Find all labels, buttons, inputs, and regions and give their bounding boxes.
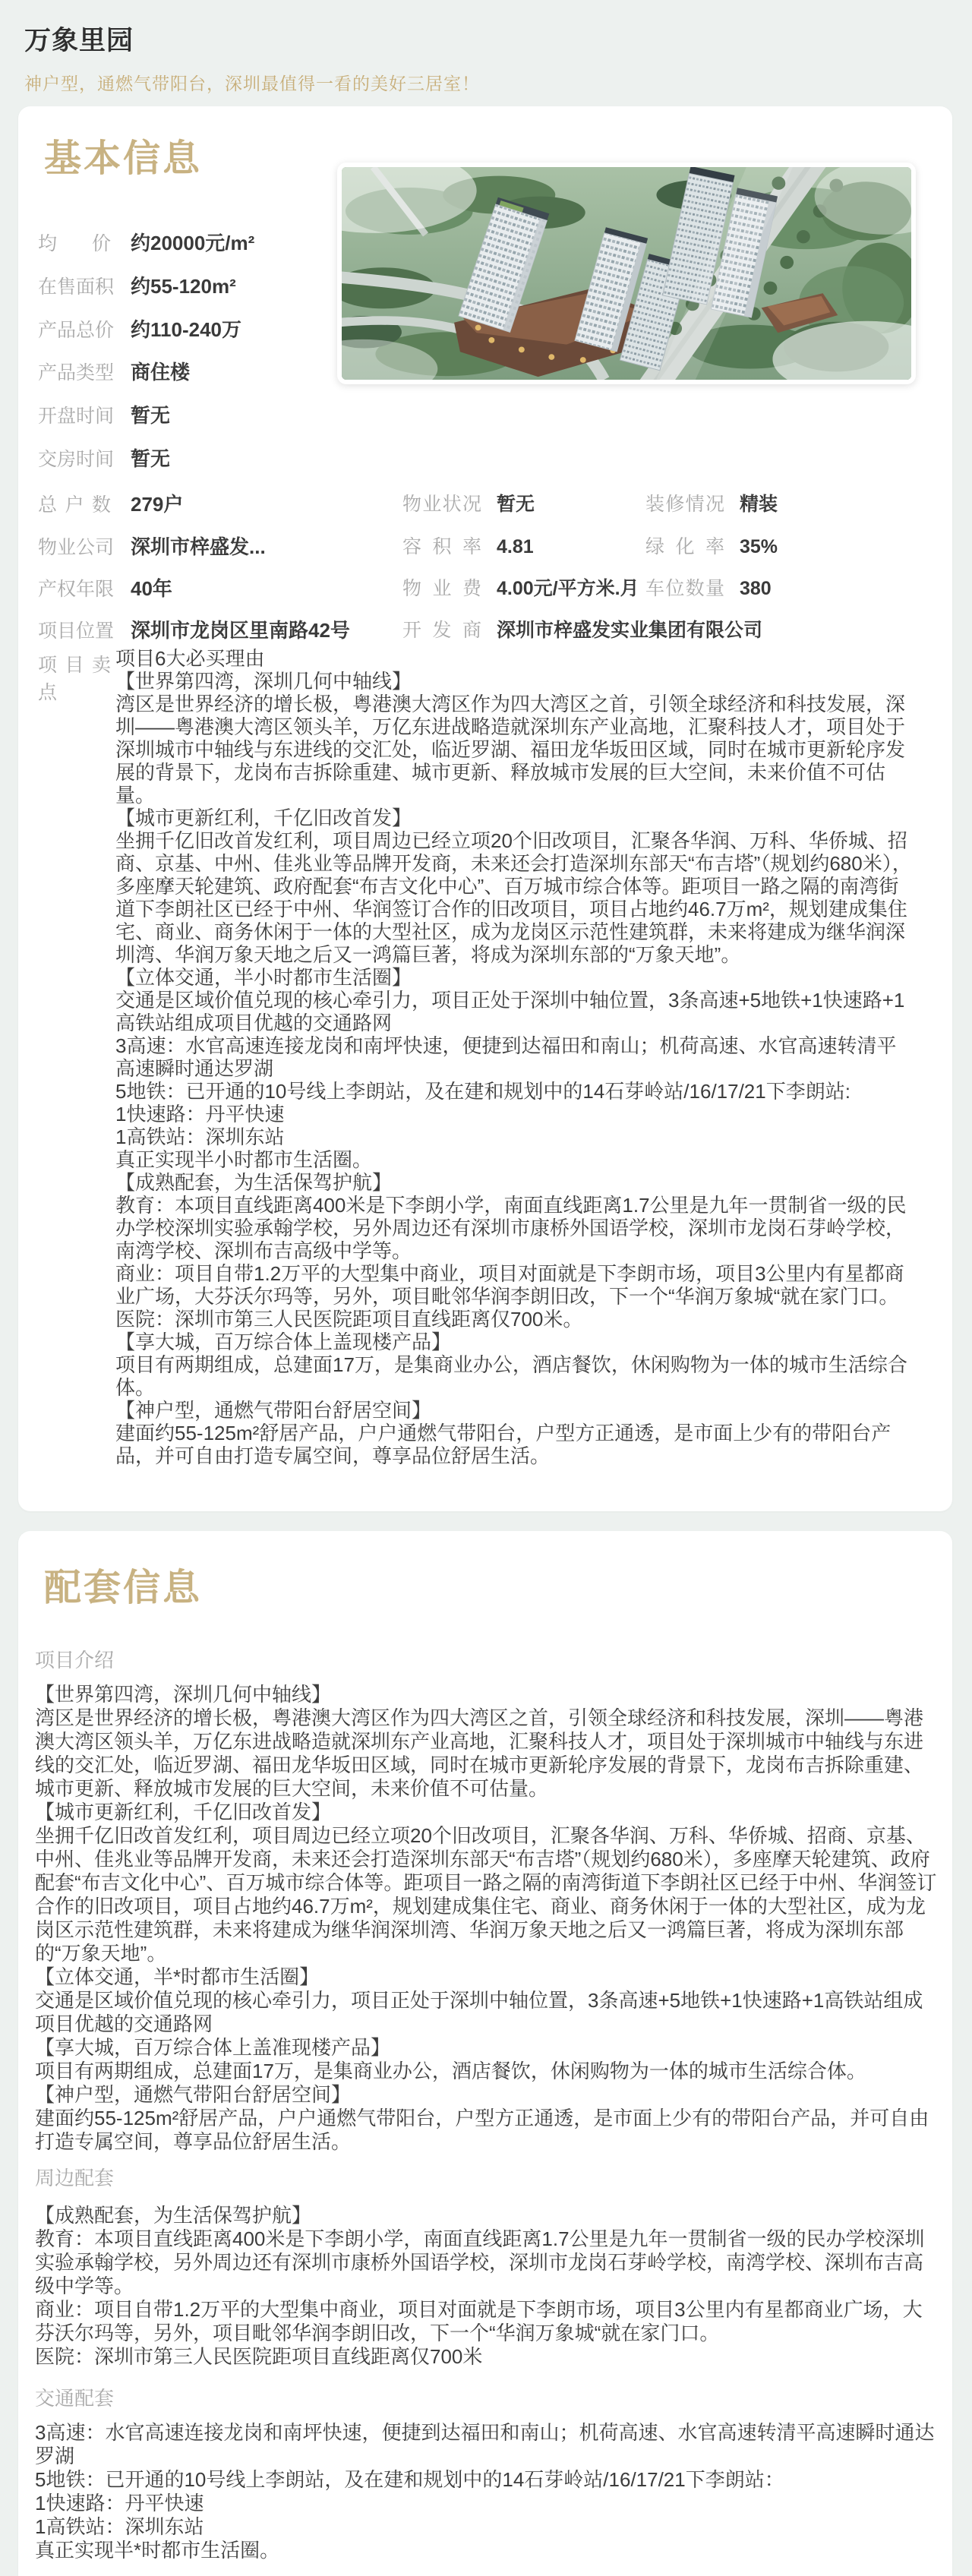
kv-row: 产品总价约110-240万 — [38, 314, 241, 343]
kv-label: 物业状况 — [402, 489, 481, 516]
kv-value: 暂无 — [131, 444, 170, 472]
kv-label: 装修情况 — [645, 489, 724, 516]
kv-value: 约110-240万 — [131, 314, 241, 343]
kv-row: 容积率4.81绿化率35% — [402, 532, 778, 559]
kv-label: 开发商 — [402, 615, 481, 642]
kv-label: 均价 — [38, 229, 111, 256]
kv-value: 商住楼 — [131, 357, 190, 385]
kv-row: 项目位置深圳市龙岗区里南路42号 — [38, 615, 350, 643]
kv-row: 产品类型商住楼 — [38, 357, 190, 385]
kv-value: 4.81 — [497, 536, 645, 558]
kv-row: 开盘时间暂无 — [38, 400, 170, 428]
kv-value: 深圳市梓盛发实业集团有限公司 — [497, 615, 762, 642]
page-subtitle: 神户型，通燃气带阳台，深圳最值得一看的美好三居室！ — [24, 70, 480, 95]
section-text-project-intro: 【世界第四湾，深圳几何中轴线】 湾区是世界经济的增长极，粤港澳大湾区作为四大湾区… — [35, 1683, 940, 2154]
kv-label: 绿化率 — [645, 532, 724, 559]
section-text-surroundings: 【成熟配套，为生活保驾护航】 教育：本项目直线距离400米是下李朗小学，南面直线… — [35, 2204, 940, 2369]
kv-value: 279户 — [131, 489, 183, 517]
section-label-surroundings: 周边配套 — [35, 2163, 114, 2191]
kv-value: 约20000元/m² — [131, 228, 254, 256]
kv-row: 开发商深圳市梓盛发实业集团有限公司 — [402, 615, 762, 642]
kv-label: 项目位置 — [38, 616, 111, 643]
kv-label: 车位数量 — [645, 573, 724, 601]
kv-value: 4.00元/平方米.月 — [497, 573, 645, 601]
kv-value: 约55-120m² — [131, 271, 236, 299]
kv-row: 均价约20000元/m² — [38, 228, 254, 256]
kv-value: 暂无 — [131, 400, 170, 428]
kv-row: 物业公司深圳市梓盛发... — [38, 532, 266, 560]
kv-label: 物业公司 — [38, 532, 111, 560]
kv-label: 物业费 — [402, 573, 481, 601]
amenities-card: 配套信息 项目介绍 【世界第四湾，深圳几何中轴线】 湾区是世界经济的增长极，粤港… — [18, 1531, 952, 2576]
section-text-transport: 3高速：水官高速连接龙岗和南坪快速，便捷到达福田和南山；机荷高速、水官高速转清平… — [35, 2421, 940, 2562]
kv-label: 开盘时间 — [38, 401, 111, 428]
aerial-building-render-image — [342, 167, 911, 380]
kv-value: 35% — [740, 536, 778, 558]
kv-label: 在售面积 — [38, 272, 111, 299]
kv-value: 暂无 — [497, 489, 645, 516]
selling-points-text: 项目6大必买理由 【世界第四湾，深圳几何中轴线】 湾区是世界经济的增长极，粤港澳… — [115, 647, 914, 1467]
kv-row: 交房时间暂无 — [38, 444, 170, 472]
section-label-transport: 交通配套 — [35, 2383, 114, 2411]
kv-value: 精装 — [740, 489, 778, 516]
page-title: 万象里园 — [24, 20, 134, 58]
kv-row: 在售面积约55-120m² — [38, 271, 236, 299]
kv-row: 物业状况暂无装修情况精装 — [402, 489, 778, 516]
kv-label: 产权年限 — [38, 574, 111, 601]
kv-label: 产品总价 — [38, 315, 111, 343]
kv-label: 交房时间 — [38, 444, 111, 472]
section-label-project-intro: 项目介绍 — [35, 1645, 114, 1673]
amenities-heading: 配套信息 — [44, 1558, 202, 1612]
project-photo[interactable] — [337, 163, 916, 384]
kv-row: 产权年限40年 — [38, 573, 172, 601]
kv-label: 总户数 — [38, 490, 111, 517]
kv-value: 深圳市梓盛发... — [131, 532, 266, 560]
kv-label: 产品类型 — [38, 358, 111, 385]
kv-row: 物业费4.00元/平方米.月车位数量380 — [402, 573, 772, 601]
kv-label: 容积率 — [402, 532, 481, 559]
kv-value: 深圳市龙岗区里南路42号 — [131, 615, 350, 643]
selling-points-label: 项目卖点 — [38, 650, 111, 705]
kv-value: 40年 — [131, 573, 172, 601]
basic-info-card: 基本信息 — [18, 106, 952, 1511]
basic-info-heading: 基本信息 — [44, 129, 202, 182]
kv-row: 总户数279户 — [38, 489, 183, 517]
kv-value: 380 — [740, 578, 772, 600]
